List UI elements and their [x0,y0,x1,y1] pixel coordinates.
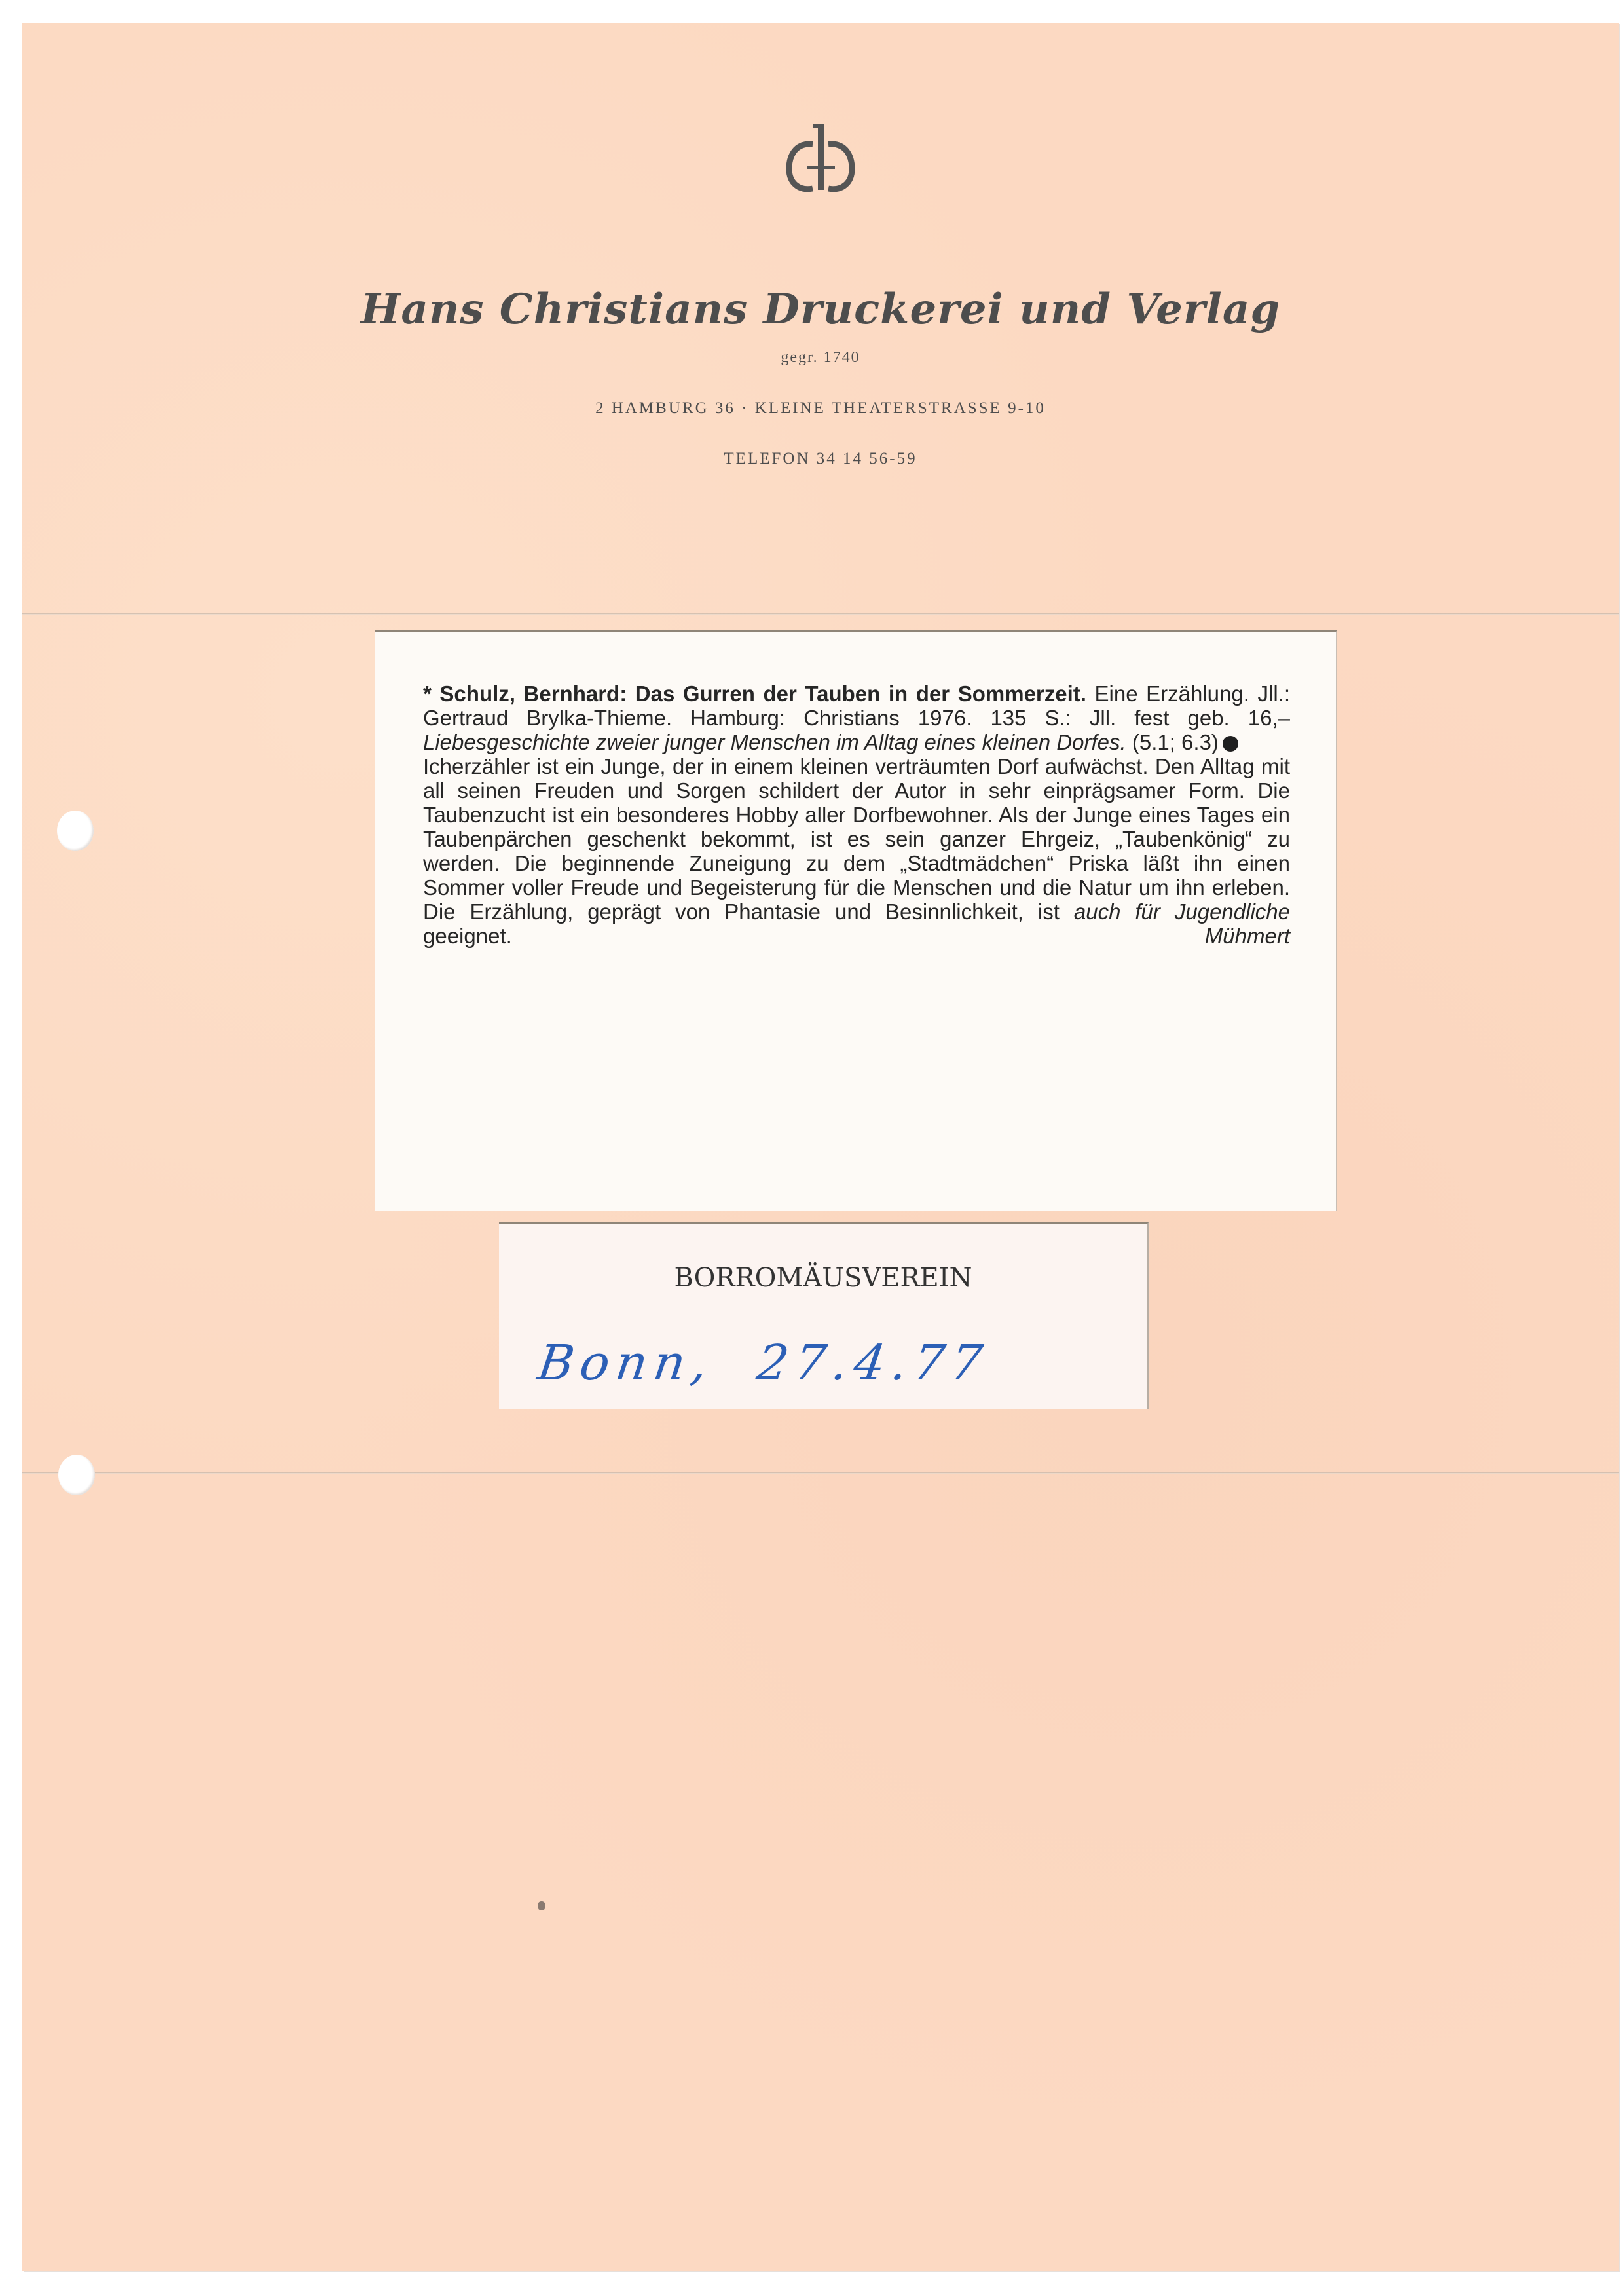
handwritten-place-date: Bonn, 27.4.77 [534,1335,992,1391]
stamp-organization: BORROMÄUSVEREIN [499,1263,1147,1293]
review-body-main: Icherzähler ist ein Junge, der in einem … [423,754,1290,924]
monogram-cb-icon [775,118,866,203]
publisher-logo [22,118,1619,210]
review-genre: Eine Erzählung. [1095,682,1249,706]
letter-page: Hans Christians Druckerei und Verlag geg… [22,23,1619,2271]
review-summary: Liebesgeschichte zweier junger Menschen … [423,730,1126,754]
review-text: * Schulz, Bernhard: Das Gurren der Taube… [423,682,1290,948]
fold-line-upper [22,613,1619,615]
publisher-phone: TELEFON 34 14 56-59 [22,450,1619,468]
paper-speck [538,1901,545,1910]
review-marker: * [423,682,432,706]
review-body: Icherzähler ist ein Junge, der in einem … [423,754,1290,948]
review-classification: (5.1; 6.3) [1132,730,1219,754]
review-author-title: Schulz, Bernhard: Das Gurren der Tauben … [439,682,1086,706]
publisher-address: 2 HAMBURG 36 · KLEINE THEATERSTRASSE 9-1… [22,399,1619,418]
founded-year: gegr. 1740 [22,349,1619,367]
book-review-clipping: * Schulz, Bernhard: Das Gurren der Taube… [375,630,1337,1211]
fold-line-lower [22,1472,1619,1474]
punch-hole-lower [58,1455,95,1495]
filled-circle-icon [1223,736,1238,752]
organization-stamp: BORROMÄUSVEREIN Bonn, 27.4.77 [499,1222,1149,1409]
reviewer-signature: Mühmert [1205,924,1290,948]
publisher-name: Hans Christians Druckerei und Verlag [22,285,1619,334]
review-body-emphasis: auch für Jugendliche [1074,900,1290,924]
review-price: 16,– [1248,706,1290,730]
review-body-end: geeignet. [423,924,512,948]
punch-hole-upper [57,811,94,851]
review-header: * Schulz, Bernhard: Das Gurren der Taube… [423,682,1290,754]
